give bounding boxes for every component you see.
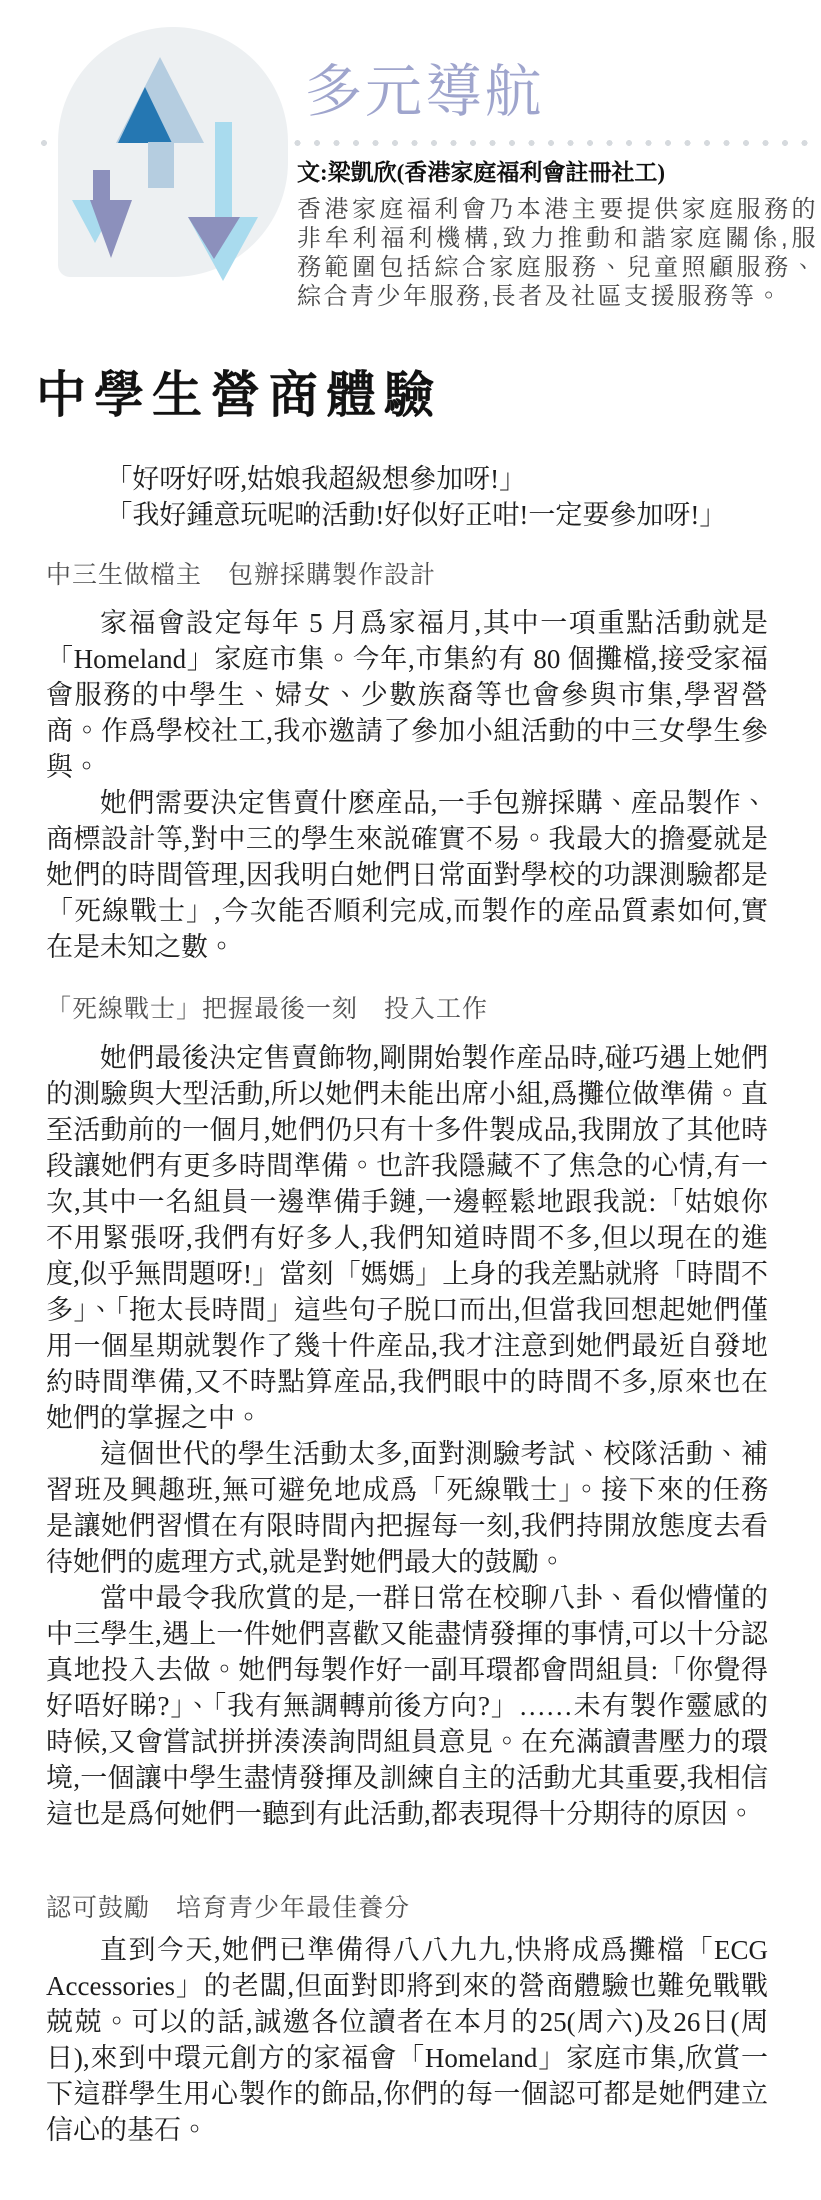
column-logo-bubble-icon xyxy=(58,27,288,277)
down-arrow-stem xyxy=(215,122,232,218)
small-down-arrow-purple-icon xyxy=(90,200,132,258)
opening-quotes: 「好呀好呀,姑娘我超級想參加呀!」 「我好鍾意玩呢啲活動!好似好正咁!一定要參加… xyxy=(46,461,768,533)
small-down-arrow-stem xyxy=(93,170,110,201)
quote-line: 「好呀好呀,姑娘我超級想參加呀!」 xyxy=(46,461,768,497)
body-paragraph: 她們需要決定售賣什麽産品,一手包辦採購、産品製作、商標設計等,對中三的學生來説確… xyxy=(46,785,768,965)
column-title: 多元導航 xyxy=(305,61,545,123)
section-heading-2: 「死線戰士」把握最後一刻 投入工作 xyxy=(46,994,488,1024)
section-heading-3: 認可鼓勵 培育青少年最佳養分 xyxy=(46,1893,410,1923)
quote-line: 「我好鍾意玩呢啲活動!好似好正咁!一定要參加呀!」 xyxy=(46,497,768,533)
body-paragraph: 當中最令我欣賞的是,一群日常在校聊八卦、看似懵懂的中三學生,遇上一件她們喜歡又能… xyxy=(46,1580,768,1832)
down-arrow-purple-icon xyxy=(188,217,240,259)
section-body-2: 她們最後決定售賣飾物,剛開始製作産品時,碰巧遇上她們的測驗與大型活動,所以她們未… xyxy=(46,1040,768,1832)
byline: 文:梁凱欣(香港家庭福利會註冊社工) xyxy=(297,158,817,188)
body-paragraph: 直到今天,她們已準備得八八九九,快將成爲攤檔「ECG Accessories」的… xyxy=(46,1932,768,2148)
scanned-article-page: 多元導航 文:梁凱欣(香港家庭福利會註冊社工) 香港家庭福利會乃本港主要提供家庭… xyxy=(0,0,821,2200)
body-paragraph: 她們最後決定售賣飾物,剛開始製作産品時,碰巧遇上她們的測驗與大型活動,所以她們未… xyxy=(46,1040,768,1436)
section-heading-1: 中三生做檔主 包辦採購製作設計 xyxy=(46,560,436,590)
body-paragraph: 這個世代的學生活動太多,面對測驗考試、校隊活動、補習班及興趣班,無可避免地成爲「… xyxy=(46,1436,768,1580)
section-body-3: 直到今天,她們已準備得八八九九,快將成爲攤檔「ECG Accessories」的… xyxy=(46,1932,768,2148)
article-title: 中學生營商體驗 xyxy=(36,367,442,423)
intro-text: 香港家庭福利會乃本港主要提供家庭服務的非牟利福利機構,致力推動和諧家庭關係,服務… xyxy=(297,195,818,311)
body-paragraph: 家福會設定每年 5 月爲家福月,其中一項重點活動就是「Homeland」家庭市集… xyxy=(46,605,768,785)
section-body-1: 家福會設定每年 5 月爲家福月,其中一項重點活動就是「Homeland」家庭市集… xyxy=(46,605,768,965)
up-arrow-dark-icon xyxy=(118,87,172,143)
up-arrow-stem xyxy=(148,142,174,188)
